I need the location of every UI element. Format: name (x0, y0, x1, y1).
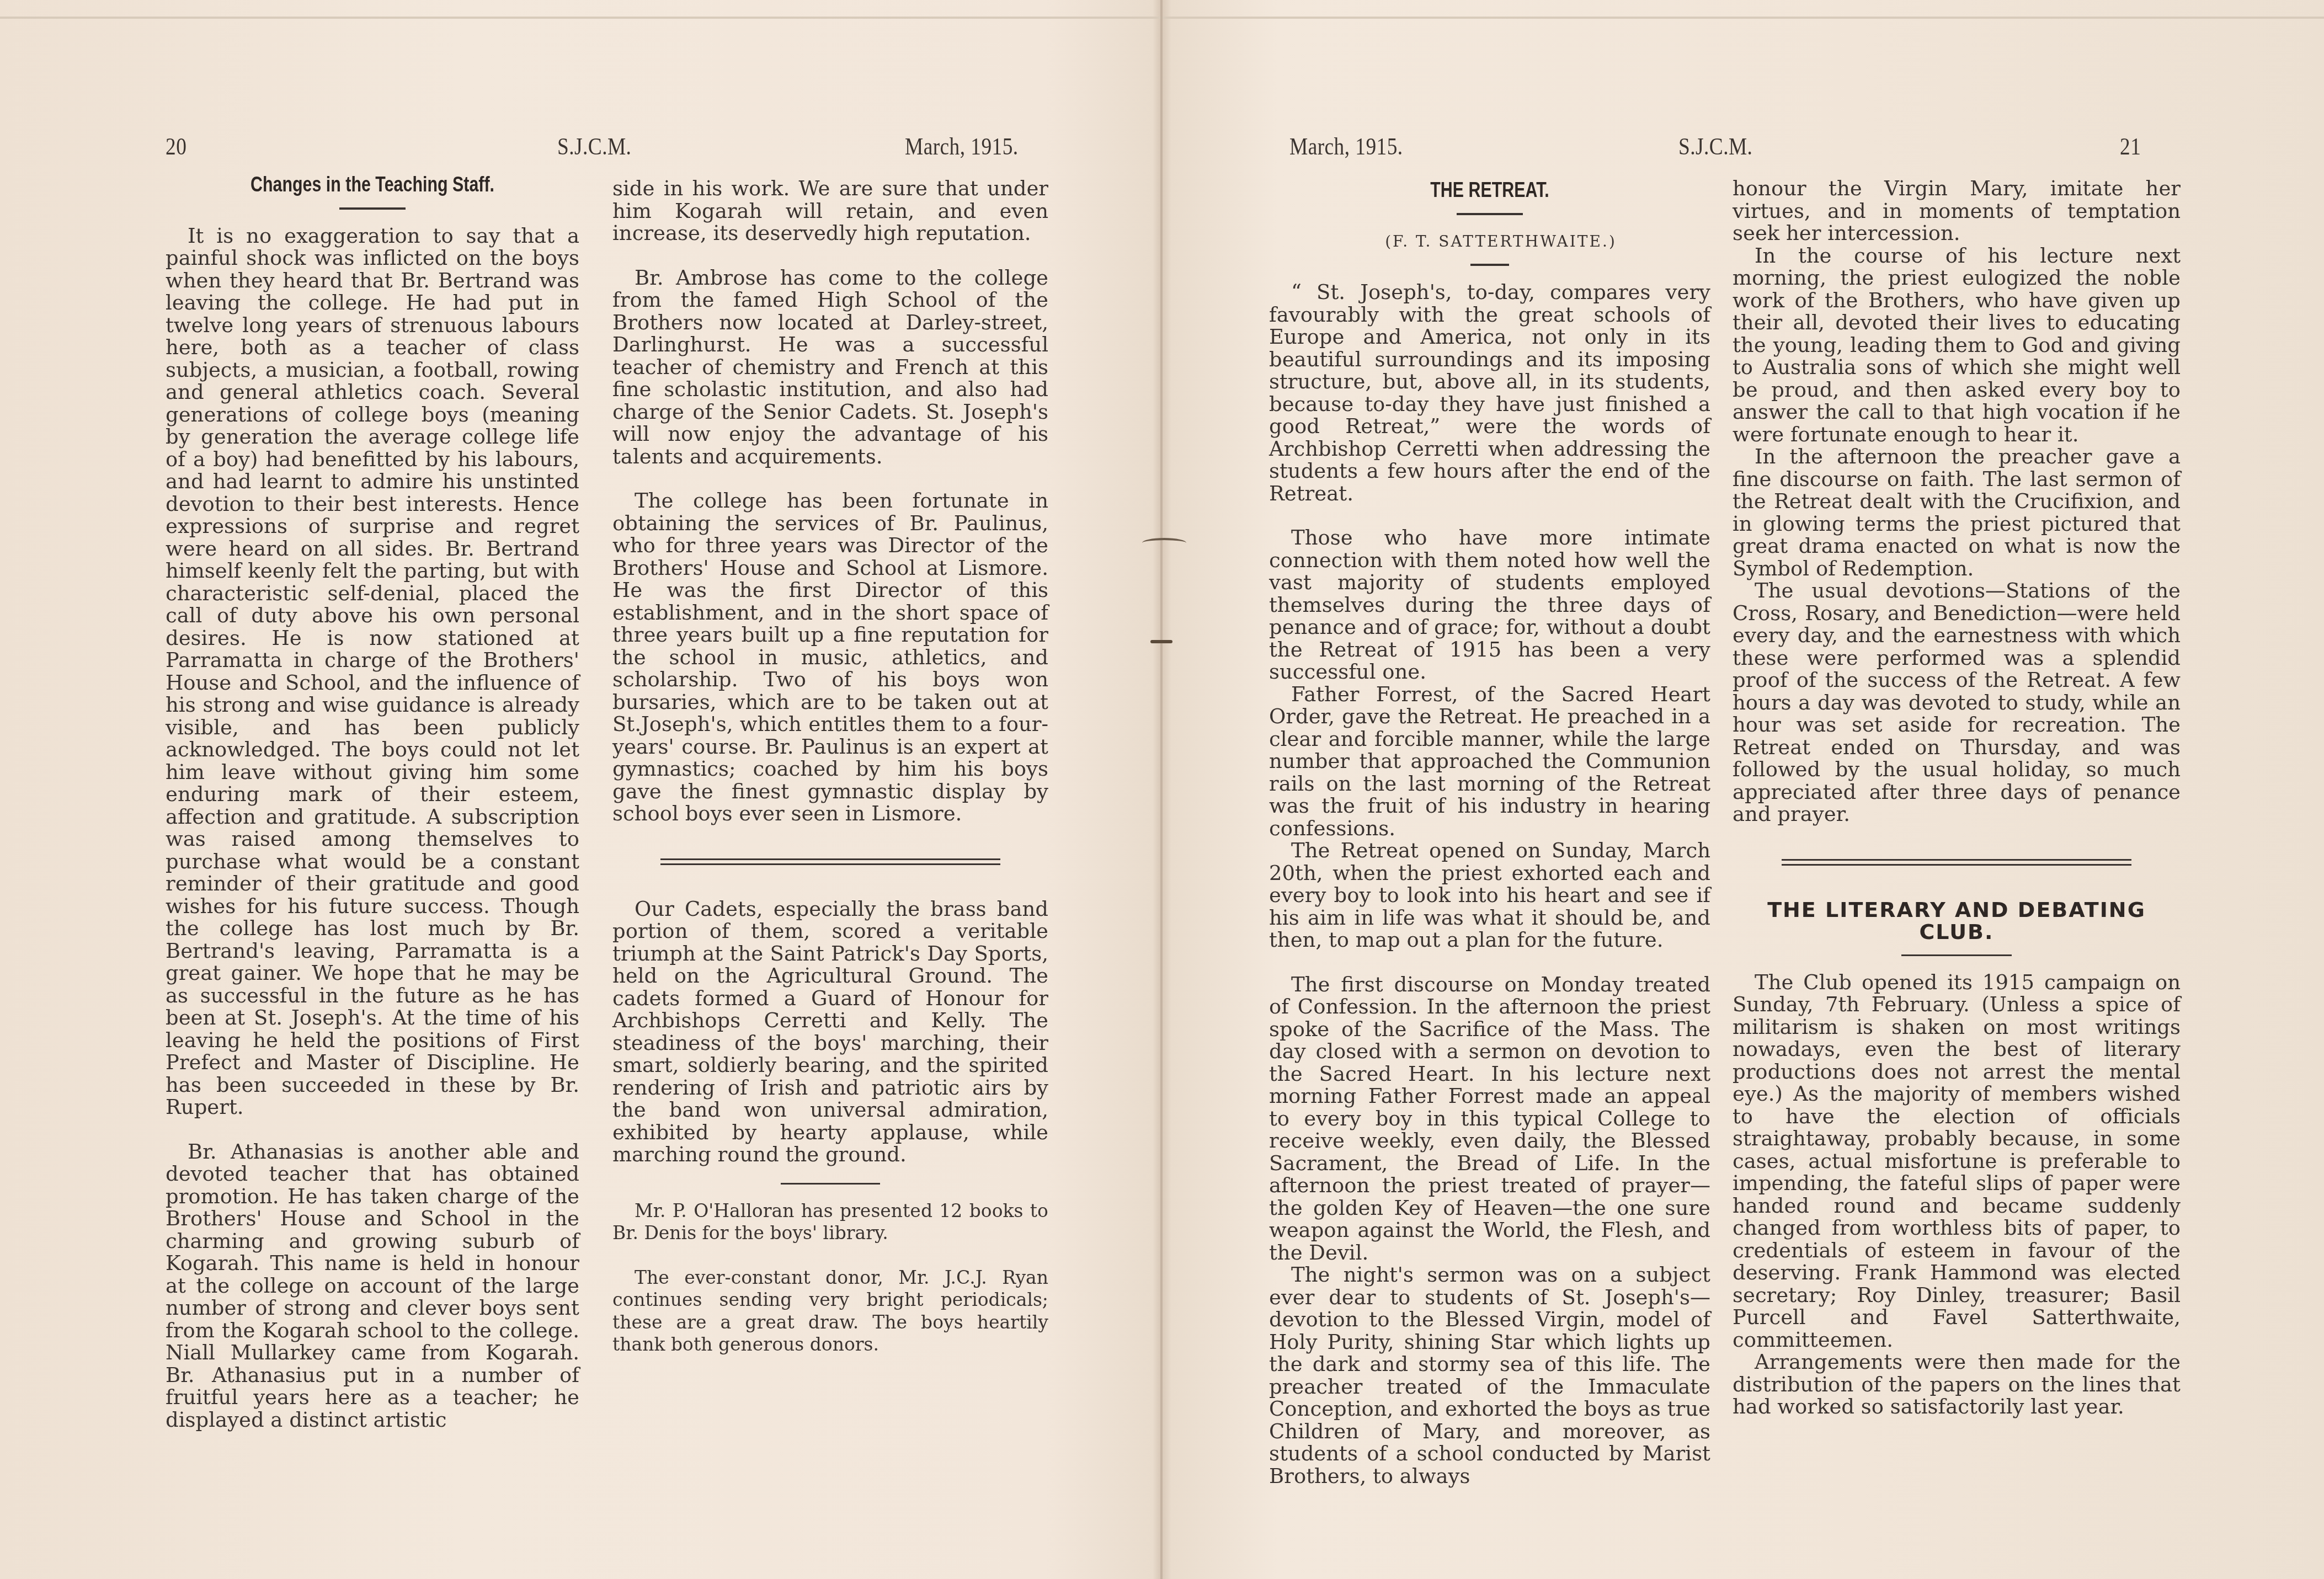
library-note: Mr. P. O'Halloran has presented 12 books… (612, 1200, 1048, 1245)
magazine-spread: 20 S.J.C.M. March, 1915. Changes in the … (0, 0, 2324, 1579)
left-page: 20 S.J.C.M. March, 1915. Changes in the … (0, 0, 1161, 1579)
right-column-2: honour the Virgin Mary, imitate her virt… (1733, 178, 2181, 1418)
cadets-paragraph: Our Cadets, especially the brass band po… (612, 898, 1048, 1166)
paragraph-continued: side in his work. We are sure that under… (612, 178, 1048, 245)
title-rule (1457, 213, 1523, 215)
paragraph: Those who have more intimate connection … (1269, 527, 1710, 684)
article-title: Changes in the Teaching Staff. (207, 174, 538, 196)
article-title: THE RETREAT. (1313, 179, 1666, 202)
library-note: The ever-constant donor, Mr. J.C.J. Ryan… (612, 1267, 1048, 1356)
page-number: 20 (166, 132, 186, 161)
paragraph: The Club opened its 1915 campaign on Sun… (1733, 972, 2181, 1352)
paragraph: The usual devotions—Stations of the Cros… (1733, 580, 2181, 826)
paragraph: The first discourse on Monday treated of… (1269, 974, 1710, 1265)
title-rule (339, 207, 406, 210)
right-column-1: THE RETREAT. (F. T. SATTERTHWAITE.) “ St… (1269, 179, 1710, 1487)
paragraph: Father Forrest, of the Sacred Heart Orde… (1269, 684, 1710, 840)
section-divider (660, 858, 1000, 865)
paragraph: In the afternoon the preacher gave a fin… (1733, 446, 2181, 580)
short-divider (781, 1183, 880, 1185)
title-rule (1901, 954, 2012, 956)
issue-date: March, 1915. (905, 132, 1019, 161)
paragraph: Arrangements were then made for the dist… (1733, 1351, 2181, 1418)
byline: (F. T. SATTERTHWAITE.) (1269, 231, 1710, 253)
left-column-1: Changes in the Teaching Staff. It is no … (166, 174, 579, 1431)
byline-rule (1470, 264, 1509, 266)
paragraph: The Retreat opened on Sunday, March 20th… (1269, 840, 1710, 952)
left-column-2: side in his work. We are sure that under… (612, 178, 1048, 1356)
running-title: S.J.C.M. (1678, 132, 1752, 161)
running-title: S.J.C.M. (557, 132, 631, 161)
paragraph: The night's sermon was on a subject ever… (1269, 1264, 1710, 1487)
paragraph: Br. Ambrose has come to the college from… (612, 267, 1048, 468)
paragraph: Br. Athanasias is another able and devot… (166, 1141, 579, 1432)
article-title: THE LITERARY AND DEBATING CLUB. (1733, 899, 2181, 943)
paragraph: “ St. Joseph's, to-day, compares very fa… (1269, 281, 1710, 505)
paragraph: It is no exaggeration to say that a pain… (166, 225, 579, 1119)
paragraph-continued: honour the Virgin Mary, imitate her virt… (1733, 178, 2181, 245)
paragraph: In the course of his lecture next mornin… (1733, 245, 2181, 446)
section-divider (1782, 859, 2131, 866)
right-page: March, 1915. S.J.C.M. 21 THE RETREAT. (F… (1163, 0, 2324, 1579)
page-number: 21 (2120, 132, 2141, 161)
issue-date: March, 1915. (1289, 132, 1403, 161)
paragraph: The college has been fortunate in obtain… (612, 490, 1048, 825)
